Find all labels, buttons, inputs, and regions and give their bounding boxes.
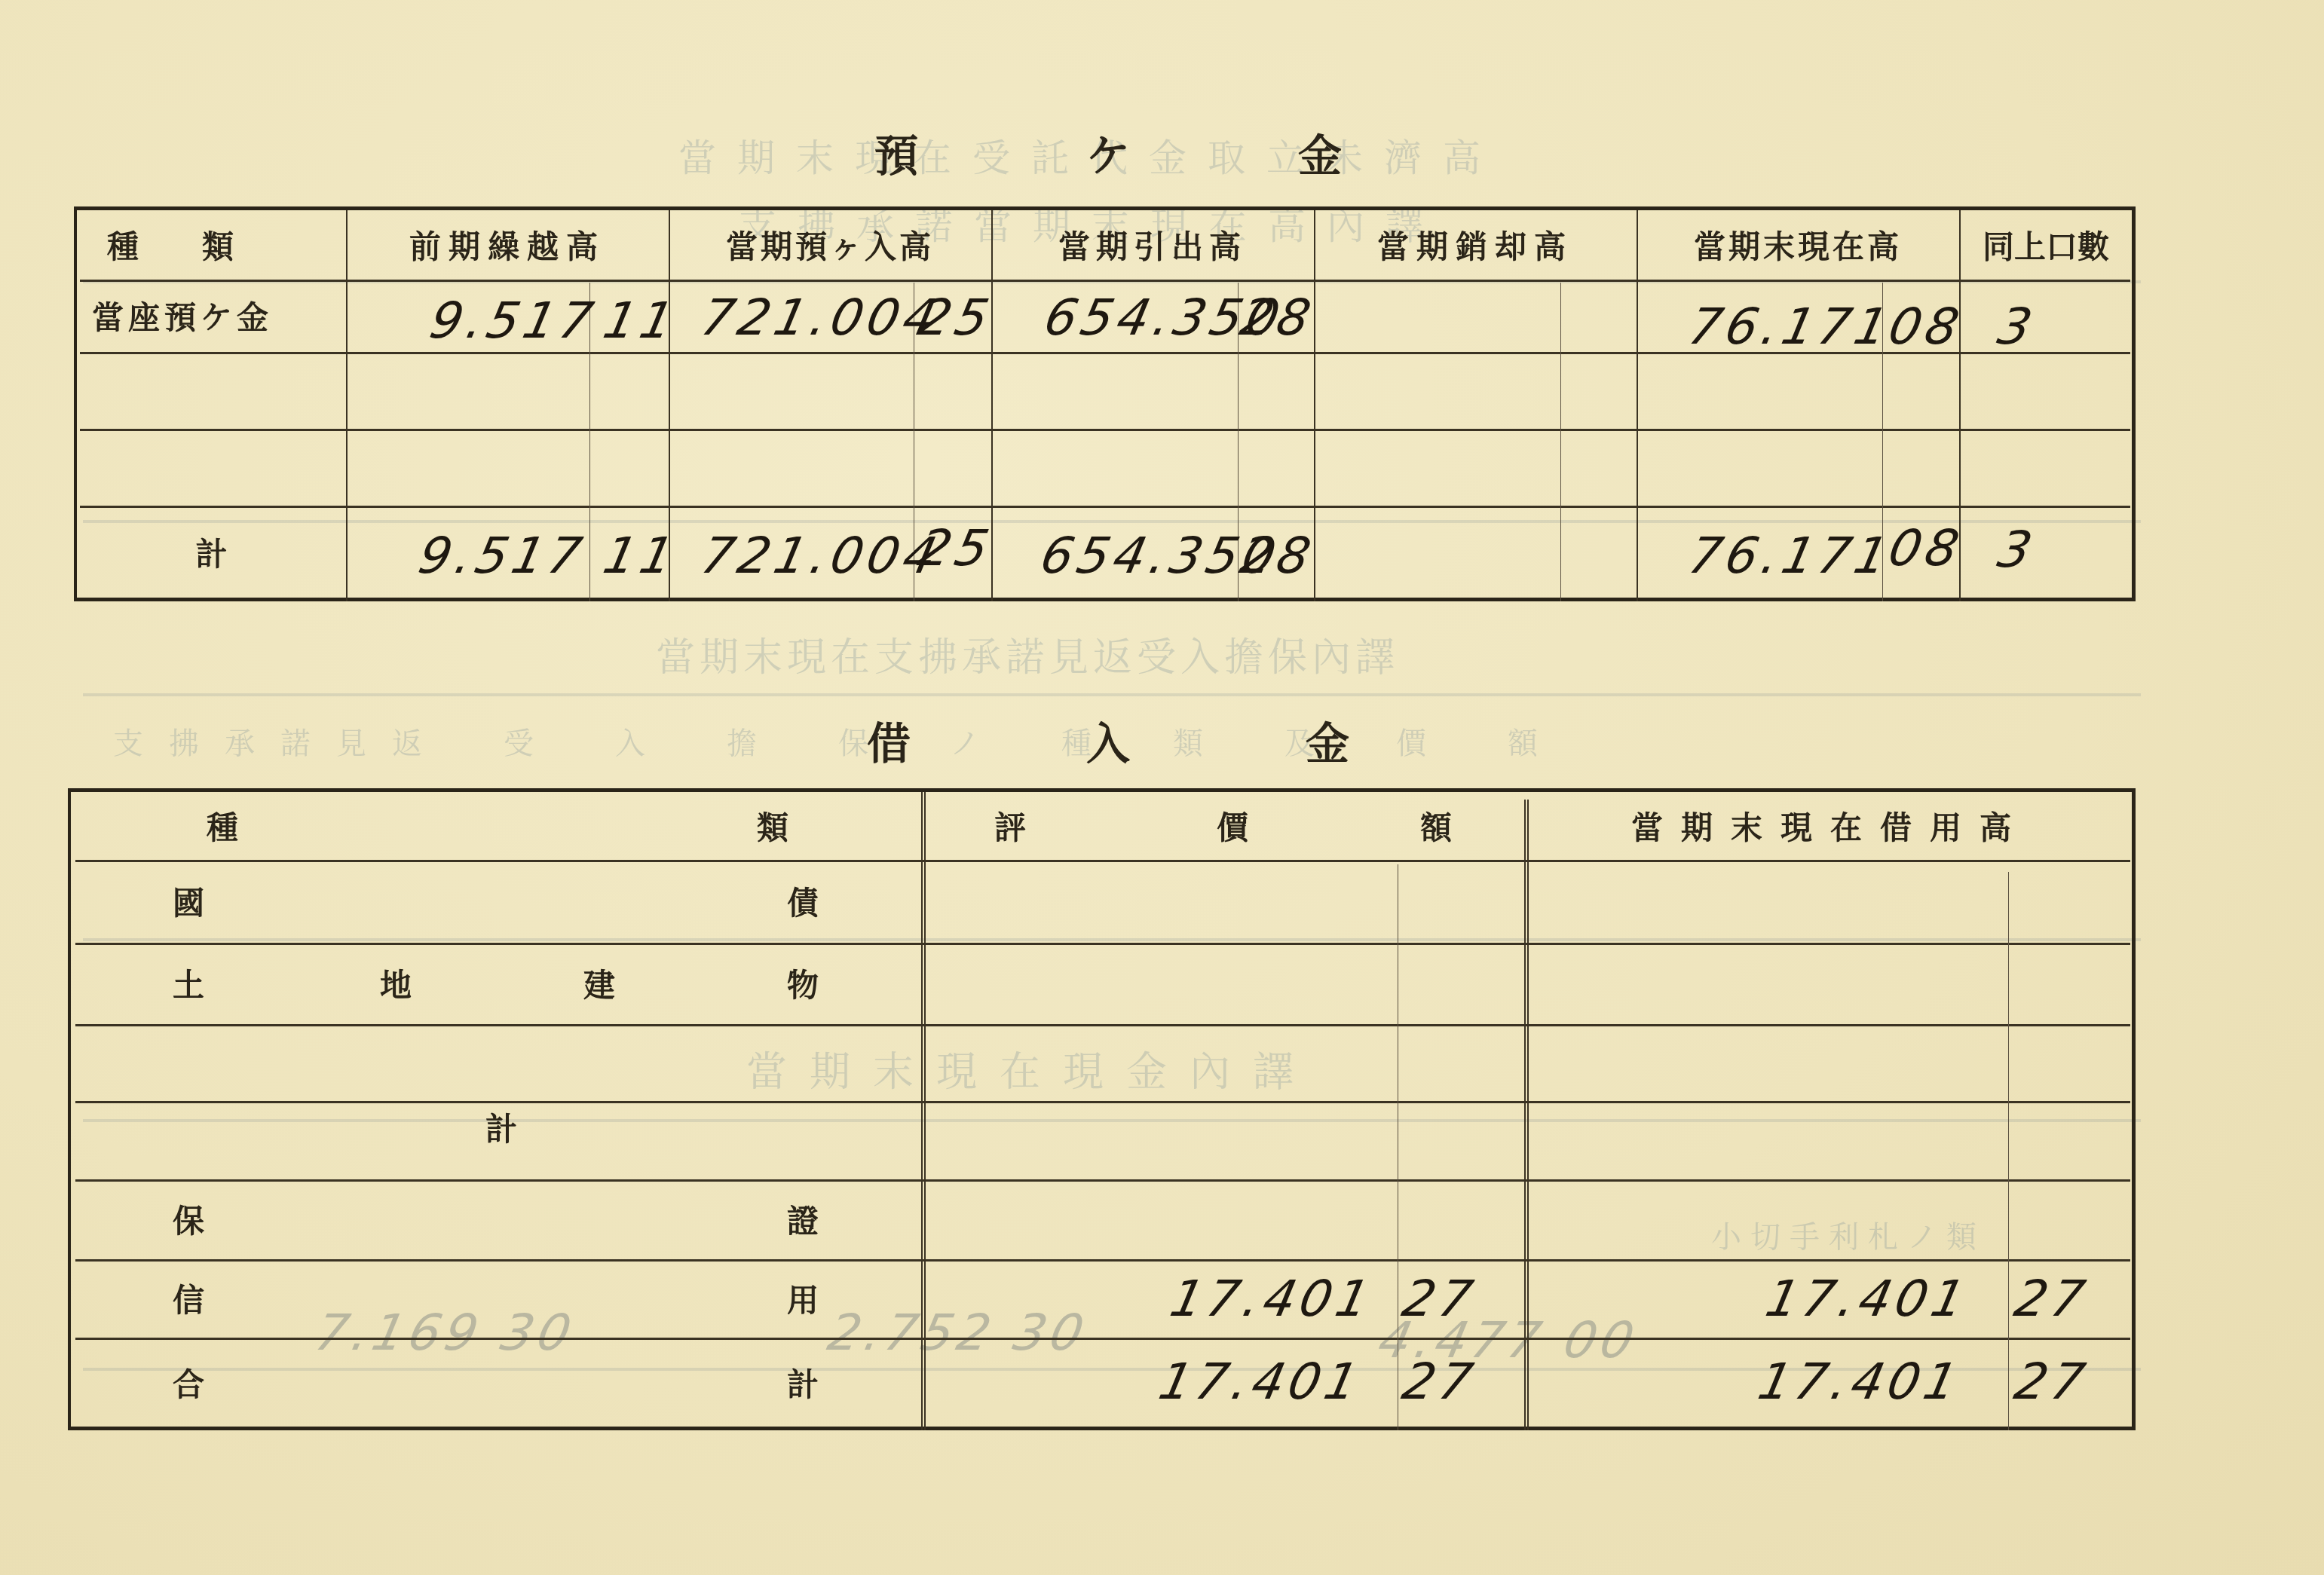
title-char: 借 bbox=[867, 708, 911, 772]
period-deposits-sen: 25 bbox=[914, 289, 998, 347]
row-divider bbox=[75, 1179, 2130, 1182]
header-collateral-value-3: 額 bbox=[1420, 792, 1452, 860]
deposits-title: 預 ケ 金 bbox=[874, 121, 1342, 184]
row-type-label: 當座預ケ金 bbox=[92, 280, 341, 352]
bleed-through-rule bbox=[83, 693, 2141, 696]
bleed-through-text: 當期末現在支拂承諾見返受入擔保內譯 bbox=[656, 625, 1399, 682]
total-prior-carryover-sen: 11 bbox=[599, 527, 683, 585]
type-char: 地 bbox=[380, 943, 412, 1024]
type-char: 用 bbox=[787, 1259, 819, 1338]
total-account-count: 3 bbox=[1993, 521, 2041, 579]
type-char: 債 bbox=[787, 860, 819, 943]
total-collateral-sen: 27 bbox=[1398, 1353, 1482, 1411]
header-account-count: 同上口數 bbox=[1959, 210, 2133, 280]
col-divider bbox=[1524, 800, 1529, 1430]
prior-carryover-yen: 9.517 bbox=[425, 292, 602, 350]
period-deposits-yen: 721.004 bbox=[697, 289, 946, 347]
total-period-deposits-yen: 721.004 bbox=[697, 527, 946, 585]
title-char: 入 bbox=[1086, 708, 1130, 772]
period-end-balance-sen: 08 bbox=[1884, 298, 1968, 356]
type-char: 證 bbox=[787, 1179, 819, 1259]
total-borrowed-sen: 27 bbox=[2010, 1353, 2094, 1411]
col-divider bbox=[921, 792, 926, 1430]
type-char: 土 bbox=[173, 943, 204, 1024]
header-type: 種 類 bbox=[107, 210, 326, 280]
sen-divider bbox=[1560, 283, 1561, 601]
total-period-deposits-sen: 25 bbox=[914, 519, 998, 577]
header-period-deposits: 當期預ヶ入高 bbox=[669, 210, 991, 280]
header-collateral-value-1: 評 bbox=[994, 792, 1026, 860]
title-char: 金 bbox=[1306, 708, 1349, 772]
row-divider bbox=[75, 860, 2130, 862]
type-char: 合 bbox=[173, 1338, 204, 1428]
row-divider bbox=[80, 506, 2130, 508]
total-period-end-balance-sen: 08 bbox=[1884, 519, 1968, 577]
header-type-right: 類 bbox=[757, 792, 788, 860]
type-char: 建 bbox=[583, 943, 615, 1024]
type-char: 計 bbox=[787, 1338, 819, 1428]
header-period-end-borrowed: 當期末現在借用高 bbox=[1529, 792, 2132, 860]
deposits-table: 種 類 前期繰越高 當期預ヶ入高 當期引出高 當期銷却高 當期末現在高 同上口數… bbox=[74, 206, 2136, 601]
credit-borrowed-sen: 27 bbox=[2010, 1270, 2094, 1328]
row-divider bbox=[75, 1338, 2130, 1340]
title-char: 金 bbox=[1298, 121, 1342, 184]
type-char: 國 bbox=[173, 860, 204, 943]
total-label: 計 bbox=[77, 506, 346, 599]
row-divider bbox=[80, 429, 2130, 431]
type-char: 物 bbox=[787, 943, 819, 1024]
borrowings-title: 借 入 金 bbox=[867, 708, 1349, 772]
header-collateral-value-2: 價 bbox=[1217, 792, 1248, 860]
total-collateral-yen: 17.401 bbox=[1154, 1353, 1367, 1411]
type-char: 信 bbox=[173, 1259, 204, 1338]
header-type-left: 種 bbox=[207, 792, 238, 860]
total-prior-carryover-yen: 9.517 bbox=[414, 527, 591, 585]
type-char: 計 bbox=[485, 1101, 517, 1154]
account-count-value: 3 bbox=[1993, 298, 2041, 356]
credit-borrowed-yen: 17.401 bbox=[1761, 1270, 1974, 1328]
borrowings-table: 種 類 評 價 額 當期末現在借用高 國 債 土 地 建 物 計 保 證 信 用… bbox=[68, 788, 2136, 1430]
credit-collateral-yen: 17.401 bbox=[1165, 1270, 1379, 1328]
total-period-withdrawals-sen: 28 bbox=[1235, 527, 1320, 585]
prior-carryover-sen: 11 bbox=[599, 292, 683, 350]
sen-divider bbox=[1398, 864, 1398, 1430]
period-end-balance-yen: 76.171 bbox=[1684, 298, 1897, 356]
type-char: 保 bbox=[173, 1179, 204, 1259]
row-divider bbox=[80, 280, 2130, 282]
header-period-writeoff: 當期銷却高 bbox=[1314, 210, 1637, 280]
row-divider bbox=[75, 1101, 2130, 1103]
header-period-withdrawals: 當期引出高 bbox=[991, 210, 1314, 280]
title-char: ケ bbox=[1086, 121, 1130, 184]
total-borrowed-yen: 17.401 bbox=[1753, 1353, 1967, 1411]
sen-divider bbox=[2008, 872, 2009, 1430]
header-prior-carryover: 前期繰越高 bbox=[346, 210, 669, 280]
total-period-end-balance-yen: 76.171 bbox=[1684, 527, 1897, 585]
period-withdrawals-sen: 28 bbox=[1235, 289, 1320, 347]
credit-collateral-sen: 27 bbox=[1398, 1270, 1482, 1328]
title-char: 預 bbox=[874, 121, 918, 184]
row-divider bbox=[75, 1259, 2130, 1262]
row-divider bbox=[75, 1024, 2130, 1026]
header-period-end-balance: 當期末現在高 bbox=[1637, 210, 1959, 280]
